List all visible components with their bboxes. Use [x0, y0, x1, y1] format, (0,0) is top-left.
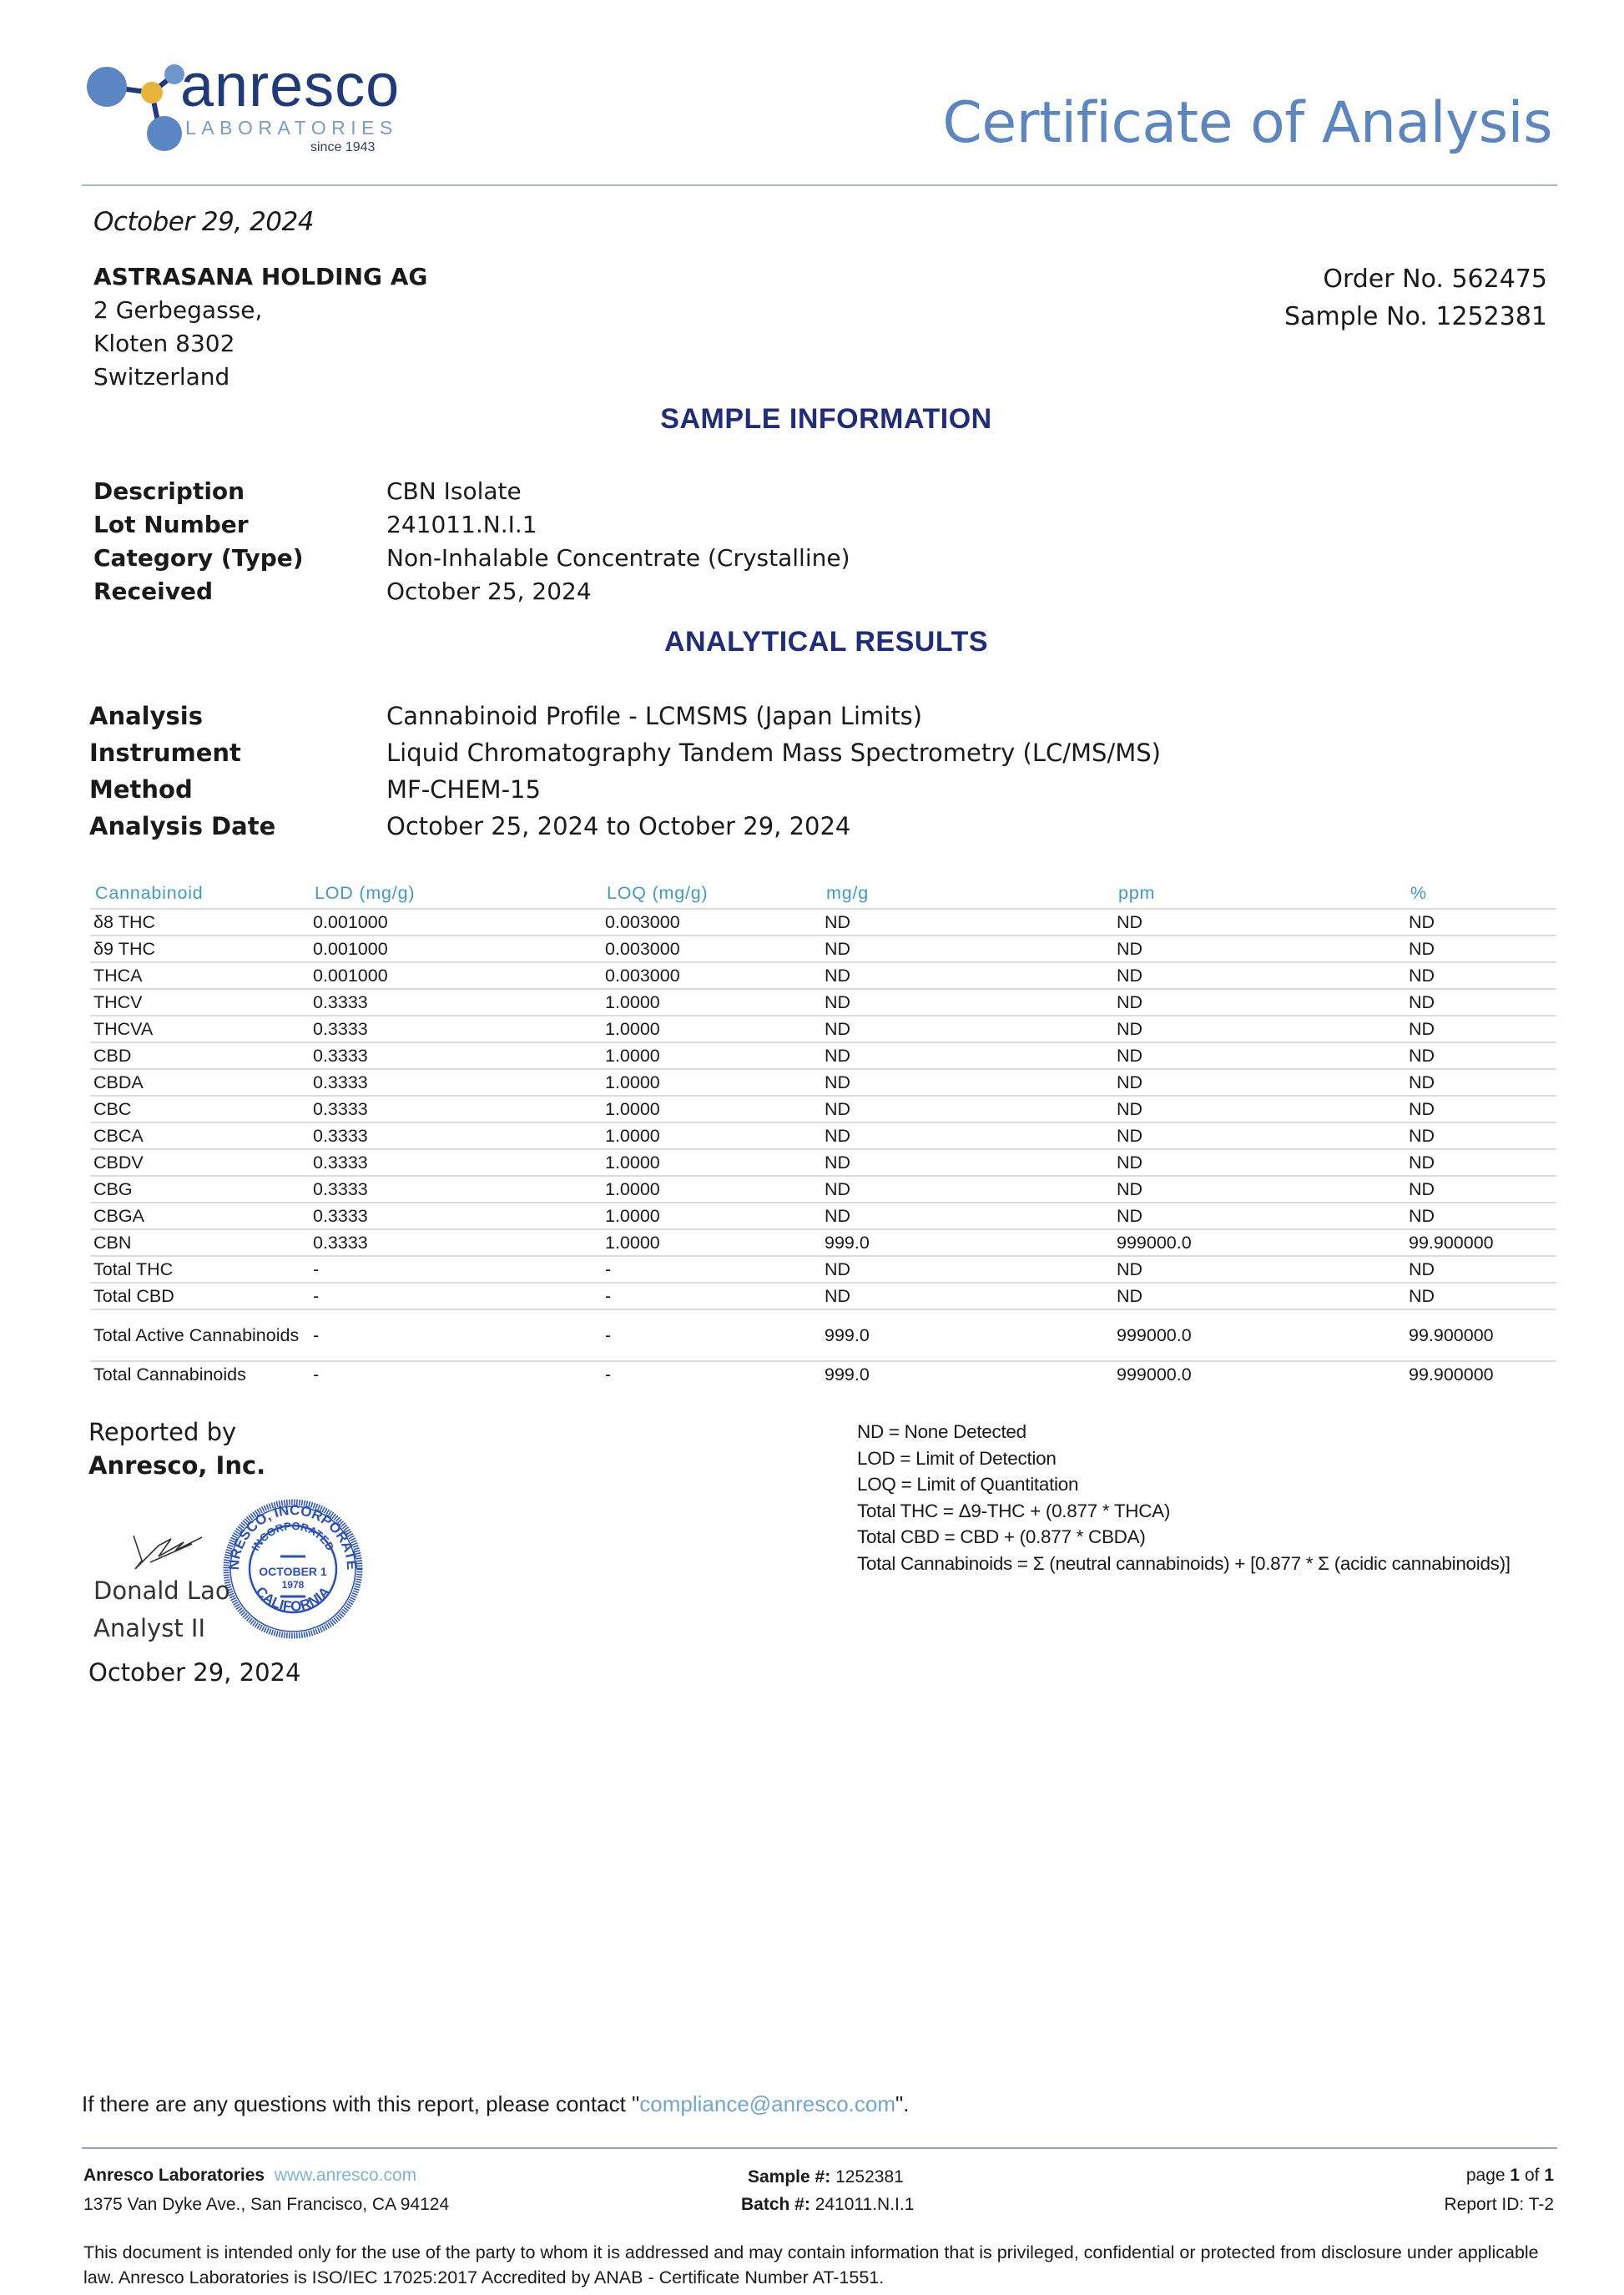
cell-value: - — [310, 1283, 602, 1309]
cell-value: ND — [1113, 1283, 1405, 1309]
cell-value: ND — [1405, 962, 1556, 989]
field-label: Description — [93, 477, 245, 505]
field-label: Lot Number — [93, 511, 249, 538]
client-address-line: Switzerland — [93, 361, 427, 394]
table-row: δ9 THC0.0010000.003000NDNDND — [90, 936, 1556, 962]
cannabinoid-name: CBC — [90, 1096, 310, 1122]
table-row: THCVA0.33331.0000NDNDND — [90, 1016, 1556, 1042]
cell-value: ND — [821, 909, 1113, 936]
cell-value: ND — [1405, 1096, 1556, 1122]
cell-value: ND — [1405, 1256, 1556, 1283]
note-line: Total CBD = CBD + (0.877 * CBDA) — [857, 1524, 1511, 1551]
logo-laboratories: LABORATORIES — [185, 117, 398, 139]
cell-value: 1.0000 — [602, 1229, 821, 1256]
client-address-line: Kloten 8302 — [93, 327, 427, 361]
cannabinoid-name: CBCA — [90, 1122, 310, 1149]
footer-page-indicator: page 1 of 1 — [1466, 2166, 1554, 2186]
cell-value: 0.3333 — [310, 1096, 602, 1122]
page-of: of — [1525, 2166, 1540, 2185]
molecule-icon — [83, 57, 192, 161]
cell-value: - — [310, 1361, 602, 1387]
cell-value: ND — [1405, 989, 1556, 1016]
column-header: Cannabinoid — [90, 879, 310, 909]
compliance-email-link[interactable]: compliance@anresco.com — [639, 2091, 895, 2116]
cell-value: 1.0000 — [602, 1096, 821, 1122]
cell-value: ND — [1405, 1283, 1556, 1309]
cell-value: ND — [1113, 1016, 1405, 1042]
cell-value: 1.0000 — [602, 1176, 821, 1203]
cell-value: ND — [821, 989, 1113, 1016]
report-date: October 29, 2024 — [93, 207, 314, 237]
table-row: Total Active Cannabinoids--999.0999000.0… — [90, 1309, 1556, 1361]
cell-value: 1.0000 — [602, 1016, 821, 1042]
cell-value: ND — [1405, 1016, 1556, 1042]
client-name: ASTRASANA HOLDING AG — [93, 260, 427, 294]
field-value: Non-Inhalable Concentrate (Crystalline) — [386, 544, 850, 572]
svg-text:1978: 1978 — [282, 1579, 305, 1591]
cell-value: ND — [1113, 1176, 1405, 1203]
cell-value: 0.3333 — [310, 1203, 602, 1229]
cell-value: 0.3333 — [310, 1016, 602, 1042]
cell-value: ND — [821, 1069, 1113, 1096]
field-label: Category (Type) — [93, 544, 304, 572]
cannabinoid-name: CBDA — [90, 1069, 310, 1096]
cell-value: ND — [821, 1149, 1113, 1176]
cell-value: 1.0000 — [602, 1203, 821, 1229]
signature-date: October 29, 2024 — [88, 1658, 300, 1687]
logo-since: since 1943 — [310, 140, 375, 155]
logo-wordmark: anresco — [180, 52, 400, 120]
field-label: Instrument — [89, 739, 241, 767]
cannabinoid-name: Total CBD — [90, 1283, 310, 1309]
cannabinoid-name: THCA — [90, 962, 310, 989]
footer-lab-name: Anresco Laboratories — [83, 2166, 265, 2185]
cannabinoid-name: CBN — [90, 1229, 310, 1256]
reporting-company: Anresco, Inc. — [88, 1449, 265, 1482]
cell-value: ND — [1113, 1069, 1405, 1096]
cell-value: - — [602, 1309, 821, 1361]
cell-value: 0.001000 — [310, 962, 602, 989]
cell-value: 1.0000 — [602, 1069, 821, 1096]
cell-value: 999000.0 — [1113, 1229, 1405, 1256]
footer-disclaimer: This document is intended only for the u… — [83, 2240, 1569, 2290]
svg-text:OCTOBER 1: OCTOBER 1 — [259, 1565, 327, 1578]
contact-suffix: ". — [895, 2091, 909, 2116]
column-header: % — [1405, 879, 1556, 909]
client-address-block: ASTRASANA HOLDING AG 2 Gerbegasse, Klote… — [93, 260, 427, 394]
reported-by-block: Reported by Anresco, Inc. — [88, 1415, 265, 1482]
cell-value: ND — [1113, 962, 1405, 989]
footer-address: 1375 Van Dyke Ave., San Francisco, CA 94… — [83, 2195, 449, 2215]
cell-value: ND — [1405, 936, 1556, 962]
cell-value: ND — [1405, 909, 1556, 936]
table-row: THCA0.0010000.003000NDNDND — [90, 962, 1556, 989]
table-header-row: CannabinoidLOD (mg/g)LOQ (mg/g)mg/gppm% — [90, 879, 1556, 909]
table-row: CBCA0.33331.0000NDNDND — [90, 1122, 1556, 1149]
cell-value: 0.3333 — [310, 1229, 602, 1256]
cell-value: 0.3333 — [310, 1122, 602, 1149]
page-current: 1 — [1510, 2166, 1520, 2185]
cell-value: ND — [1113, 936, 1405, 962]
document-title: Certificate of Analysis — [942, 90, 1552, 156]
note-line: Total Cannabinoids = Σ (neutral cannabin… — [857, 1551, 1511, 1577]
field-value: MF-CHEM-15 — [386, 775, 541, 804]
field-label: Method — [89, 775, 193, 804]
anresco-logo: anresco LABORATORIES since 1943 — [83, 57, 434, 161]
cannabinoid-results-table: CannabinoidLOD (mg/g)LOQ (mg/g)mg/gppm% … — [90, 879, 1556, 1387]
cell-value: ND — [1405, 1203, 1556, 1229]
footer-report-id: Report ID: T-2 — [1445, 2195, 1555, 2215]
cell-value: ND — [821, 1122, 1113, 1149]
footer-batch-value: 241011.N.I.1 — [815, 2195, 915, 2214]
field-label: Analysis — [89, 702, 203, 730]
note-line: ND = None Detected — [857, 1419, 1511, 1445]
table-row: Total Cannabinoids--999.0999000.099.9000… — [90, 1361, 1556, 1387]
cell-value: ND — [1113, 1042, 1405, 1069]
cell-value: 999.0 — [821, 1309, 1113, 1361]
field-value: 241011.N.I.1 — [386, 511, 537, 538]
field-value: CBN Isolate — [386, 477, 522, 505]
cell-value: 999000.0 — [1113, 1309, 1405, 1361]
cell-value: 1.0000 — [602, 1042, 821, 1069]
cell-value: ND — [821, 1283, 1113, 1309]
cell-value: ND — [821, 1256, 1113, 1283]
cell-value: ND — [1113, 1096, 1405, 1122]
cannabinoid-name: Total Cannabinoids — [90, 1361, 310, 1387]
company-seal-icon: ANRESCO, INCORPORATED INCORPORATED CALIF… — [222, 1498, 364, 1640]
footer-website-link[interactable]: www.anresco.com — [275, 2166, 416, 2185]
cell-value: 999000.0 — [1113, 1361, 1405, 1387]
cell-value: ND — [1113, 1256, 1405, 1283]
cannabinoid-name: CBD — [90, 1042, 310, 1069]
cell-value: ND — [821, 962, 1113, 989]
order-info: Order No. 562475 Sample No. 1252381 — [1284, 260, 1547, 335]
page-prefix: page — [1466, 2166, 1505, 2185]
signer-name: Donald Lao — [93, 1572, 230, 1610]
table-row: Total CBD--NDNDND — [90, 1283, 1556, 1309]
cell-value: 1.0000 — [602, 989, 821, 1016]
cell-value: 0.3333 — [310, 1149, 602, 1176]
client-address-line: 2 Gerbegasse, — [93, 294, 427, 327]
footer-batch-label: Batch #: — [741, 2195, 810, 2214]
cell-value: ND — [1405, 1149, 1556, 1176]
table-row: CBD0.33331.0000NDNDND — [90, 1042, 1556, 1069]
header-divider — [82, 184, 1557, 186]
cell-value: ND — [821, 1203, 1113, 1229]
column-header: LOD (mg/g) — [310, 879, 602, 909]
cell-value: ND — [1113, 1122, 1405, 1149]
table-row: δ8 THC0.0010000.003000NDNDND — [90, 909, 1556, 936]
cell-value: ND — [821, 1016, 1113, 1042]
cell-value: ND — [821, 936, 1113, 962]
footer-sample-line: Sample #: 1252381 — [748, 2167, 904, 2187]
cannabinoid-name: δ9 THC — [90, 936, 310, 962]
cell-value: 999.0 — [821, 1229, 1113, 1256]
footer-sample-value: 1252381 — [835, 2167, 904, 2187]
cell-value: 99.900000 — [1405, 1361, 1556, 1387]
cell-value: ND — [821, 1176, 1113, 1203]
field-label: Analysis Date — [89, 812, 275, 840]
signer-block: Donald Lao Analyst II — [93, 1572, 230, 1647]
cell-value: ND — [1113, 909, 1405, 936]
note-line: Total THC = Δ9-THC + (0.877 * THCA) — [857, 1498, 1511, 1525]
footer-lab-name-line: Anresco Laboratories www.anresco.com — [83, 2166, 416, 2186]
cannabinoid-name: CBGA — [90, 1203, 310, 1229]
cannabinoid-name: CBDV — [90, 1149, 310, 1176]
cell-value: ND — [1405, 1176, 1556, 1203]
cannabinoid-name: Total Active Cannabinoids — [90, 1309, 310, 1361]
cell-value: 0.3333 — [310, 989, 602, 1016]
cell-value: - — [602, 1361, 821, 1387]
field-value: October 25, 2024 to October 29, 2024 — [386, 812, 850, 840]
page-total: 1 — [1544, 2166, 1554, 2185]
signature-icon — [125, 1527, 209, 1577]
cell-value: ND — [1405, 1069, 1556, 1096]
legend-notes: ND = None Detected LOD = Limit of Detect… — [857, 1419, 1511, 1576]
contact-prefix: If there are any questions with this rep… — [82, 2091, 639, 2116]
sample-number: Sample No. 1252381 — [1284, 298, 1547, 335]
cannabinoid-name: THCV — [90, 989, 310, 1016]
cannabinoid-name: δ8 THC — [90, 909, 310, 936]
cannabinoid-name: CBG — [90, 1176, 310, 1203]
contact-line: If there are any questions with this rep… — [82, 2091, 909, 2117]
cell-value: 0.001000 — [310, 936, 602, 962]
column-header: LOQ (mg/g) — [602, 879, 821, 909]
cell-value: 0.003000 — [602, 909, 821, 936]
cell-value: 0.001000 — [310, 909, 602, 936]
cell-value: 1.0000 — [602, 1149, 821, 1176]
cannabinoid-name: Total THC — [90, 1256, 310, 1283]
cell-value: 99.900000 — [1405, 1229, 1556, 1256]
analytical-results-heading: ANALYTICAL RESULTS — [0, 626, 1624, 658]
cell-value: ND — [1405, 1122, 1556, 1149]
table-row: CBDV0.33331.0000NDNDND — [90, 1149, 1556, 1176]
field-label: Received — [93, 578, 213, 605]
table-row: CBDA0.33331.0000NDNDND — [90, 1069, 1556, 1096]
cell-value: ND — [1113, 1203, 1405, 1229]
footer-divider — [82, 2147, 1557, 2149]
table-row: CBGA0.33331.0000NDNDND — [90, 1203, 1556, 1229]
cell-value: 1.0000 — [602, 1122, 821, 1149]
cell-value: 99.900000 — [1405, 1309, 1556, 1361]
cell-value: 0.003000 — [602, 936, 821, 962]
cell-value: 0.3333 — [310, 1069, 602, 1096]
note-line: LOD = Limit of Detection — [857, 1445, 1511, 1472]
cell-value: ND — [821, 1096, 1113, 1122]
cell-value: - — [310, 1309, 602, 1361]
column-header: ppm — [1113, 879, 1405, 909]
footer-sample-label: Sample #: — [748, 2167, 830, 2187]
table-row: CBG0.33331.0000NDNDND — [90, 1176, 1556, 1203]
field-value: Liquid Chromatography Tandem Mass Spectr… — [386, 739, 1161, 767]
field-value: Cannabinoid Profile - LCMSMS (Japan Limi… — [386, 702, 922, 730]
table-row: CBC0.33331.0000NDNDND — [90, 1096, 1556, 1122]
table-row: Total THC--NDNDND — [90, 1256, 1556, 1283]
svg-text:ANRESCO, INCORPORATED: ANRESCO, INCORPORATED — [222, 1498, 360, 1571]
signer-title: Analyst II — [93, 1610, 230, 1647]
cell-value: - — [602, 1256, 821, 1283]
cell-value: 0.3333 — [310, 1042, 602, 1069]
sample-information-heading: SAMPLE INFORMATION — [0, 403, 1624, 436]
cell-value: - — [602, 1283, 821, 1309]
reported-by-label: Reported by — [88, 1415, 265, 1449]
cell-value: ND — [1113, 1149, 1405, 1176]
cell-value: 0.003000 — [602, 962, 821, 989]
table-row: CBN0.33331.0000999.0999000.099.900000 — [90, 1229, 1556, 1256]
cannabinoid-name: THCVA — [90, 1016, 310, 1042]
table-row: THCV0.33331.0000NDNDND — [90, 989, 1556, 1016]
cell-value: - — [310, 1256, 602, 1283]
column-header: mg/g — [821, 879, 1113, 909]
footer-batch-line: Batch #: 241011.N.I.1 — [741, 2195, 914, 2215]
field-value: October 25, 2024 — [386, 578, 592, 605]
cell-value: ND — [1113, 989, 1405, 1016]
cell-value: ND — [1405, 1042, 1556, 1069]
cell-value: 0.3333 — [310, 1176, 602, 1203]
cell-value: ND — [821, 1042, 1113, 1069]
order-number: Order No. 562475 — [1284, 260, 1547, 298]
cell-value: 999.0 — [821, 1361, 1113, 1387]
note-line: LOQ = Limit of Quantitation — [857, 1471, 1511, 1498]
